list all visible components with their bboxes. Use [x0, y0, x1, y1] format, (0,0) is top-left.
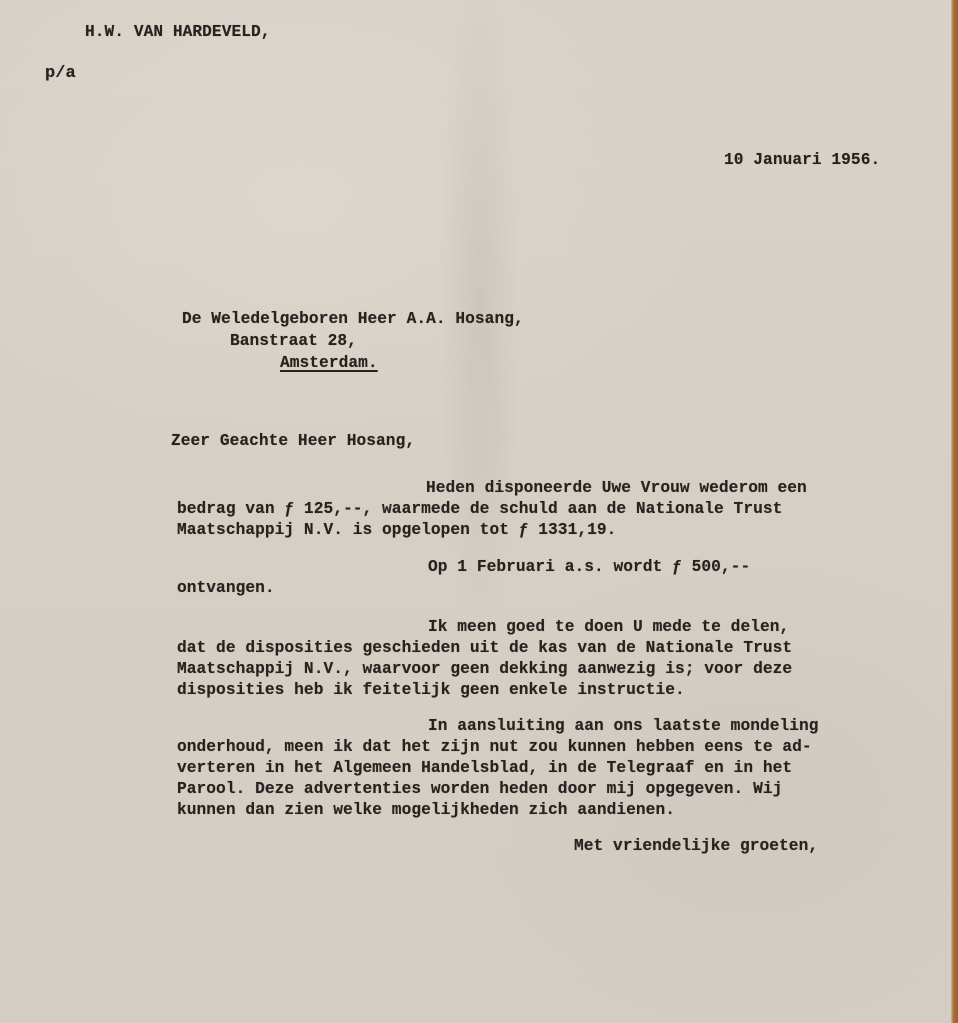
salutation: Zeer Geachte Heer Hosang,: [171, 431, 415, 452]
per-procuratie: p/a: [45, 63, 76, 84]
paragraph-line: bedrag van ƒ 125,--, waarmede de schuld …: [177, 499, 782, 520]
paragraph-line: onderhoud, meen ik dat het zijn nut zou …: [177, 737, 812, 758]
sender-name: H.W. VAN HARDEVELD,: [85, 22, 271, 43]
addressee-street: Banstraat 28,: [230, 331, 357, 352]
paper-edge: [951, 0, 958, 1023]
addressee-name: De Weledelgeboren Heer A.A. Hosang,: [182, 309, 524, 330]
paragraph-line: Parool. Deze advertenties worden heden d…: [177, 779, 782, 800]
paragraph-line: Op 1 Februari a.s. wordt ƒ 500,--: [428, 557, 750, 578]
paragraph-line: kunnen dan zien welke mogelijkheden zich…: [177, 800, 675, 821]
paragraph-line: Ik meen goed te doen U mede te delen,: [428, 617, 789, 638]
addressee-city: Amsterdam.: [280, 353, 378, 374]
closing: Met vriendelijke groeten,: [574, 836, 818, 857]
paragraph-line: verteren in het Algemeen Handelsblad, in…: [177, 758, 792, 779]
paragraph-line: Maatschappij N.V., waarvoor geen dekking…: [177, 659, 792, 680]
paragraph-line: Maatschappij N.V. is opgelopen tot ƒ 133…: [177, 520, 616, 541]
paragraph-line: dat de disposities geschieden uit de kas…: [177, 638, 792, 659]
paragraph-line: Heden disponeerde Uwe Vrouw wederom een: [426, 478, 807, 499]
letter-paper: H.W. VAN HARDEVELD, p/a 10 Januari 1956.…: [0, 0, 951, 1023]
paragraph-line: ontvangen.: [177, 578, 275, 599]
paragraph-line: In aansluiting aan ons laatste mondeling: [428, 716, 819, 737]
paragraph-line: disposities heb ik feitelijk geen enkele…: [177, 680, 685, 701]
letter-date: 10 Januari 1956.: [724, 150, 880, 171]
